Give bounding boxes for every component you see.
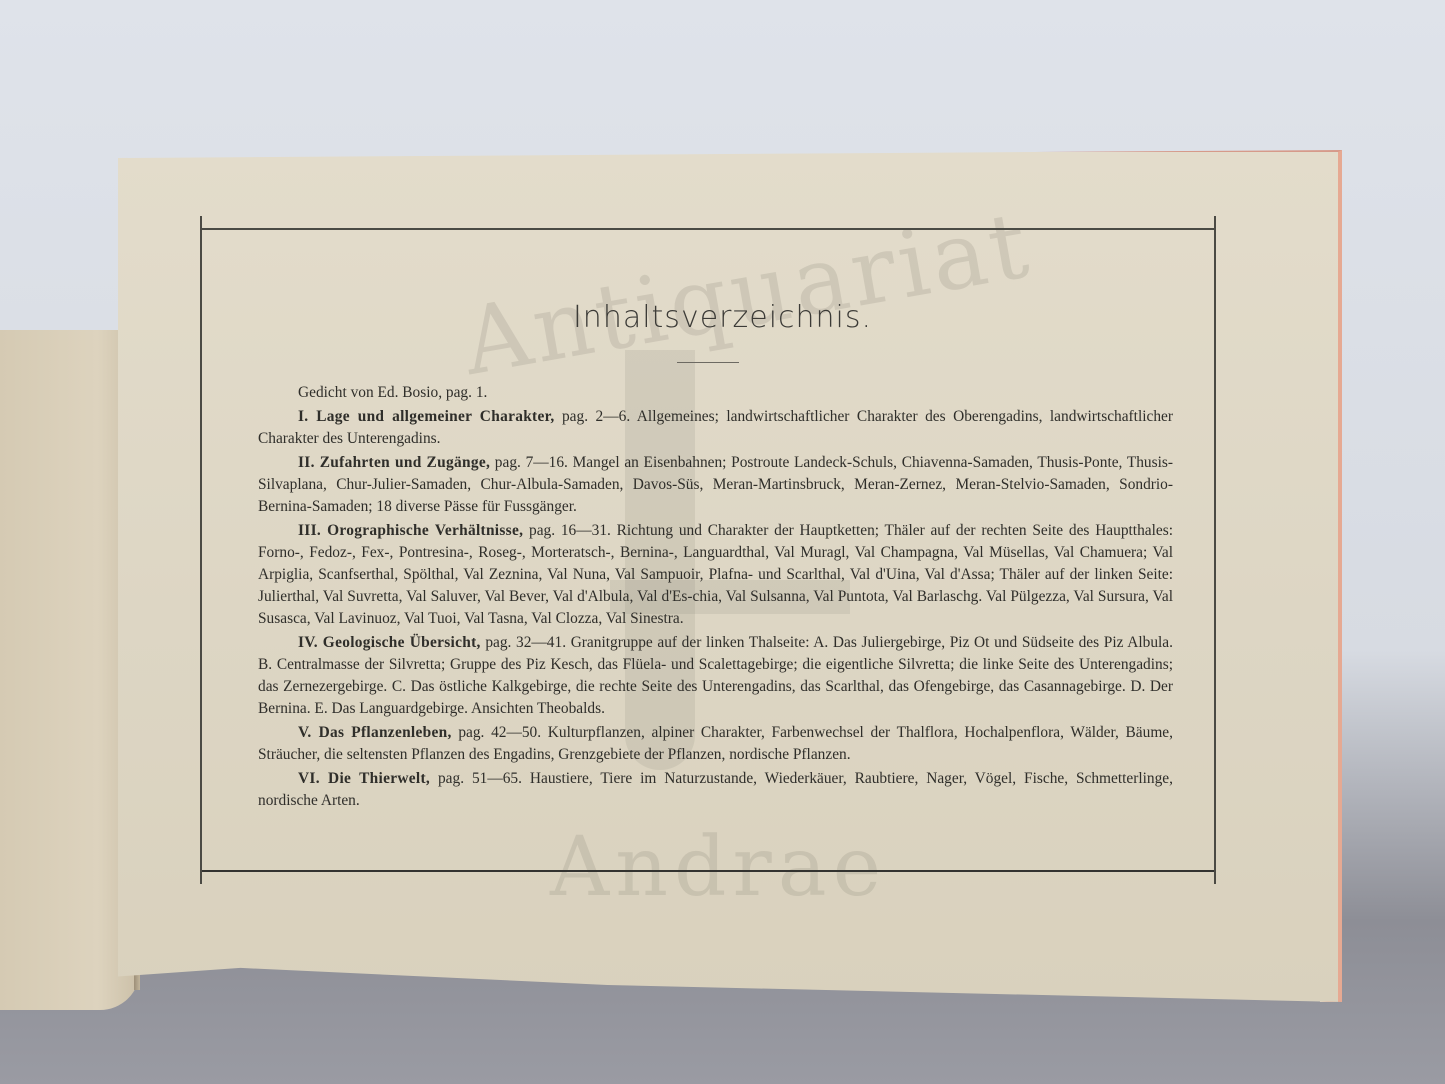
toc-entry-pages: pag. 16—31. bbox=[523, 522, 611, 539]
toc-entry-pages: pag. 42—50. bbox=[452, 724, 541, 741]
toc-entry: V. Das Pflanzenleben, pag. 42—50. Kultur… bbox=[258, 722, 1173, 766]
toc-entry: III. Orographische Verhältnisse, pag. 16… bbox=[258, 520, 1173, 630]
toc-entry-pages: pag. 7—16. bbox=[490, 454, 568, 471]
toc-entry-heading: I. Lage und allgemeiner Charakter, bbox=[298, 408, 554, 425]
toc-entry-heading: V. Das Pflanzenleben, bbox=[298, 724, 452, 741]
toc-entry: II. Zufahrten und Zugänge, pag. 7—16. Ma… bbox=[258, 452, 1173, 518]
toc-entry: VI. Die Thierwelt, pag. 51—65. Haustiere… bbox=[258, 768, 1173, 812]
toc-entry-heading: IV. Geologische Übersicht, bbox=[298, 634, 481, 651]
toc-entry-heading: VI. Die Thierwelt, bbox=[298, 770, 430, 787]
table-of-contents: Gedicht von Ed. Bosio, pag. 1. I. Lage u… bbox=[258, 382, 1173, 814]
toc-intro: Gedicht von Ed. Bosio, pag. 1. bbox=[258, 382, 1173, 404]
toc-entry-heading: III. Orographische Verhältnisse, bbox=[298, 522, 523, 539]
toc-entry-heading: II. Zufahrten und Zugänge, bbox=[298, 454, 490, 471]
page-title: Inhaltsverzeichnis. bbox=[0, 300, 1445, 335]
title-divider bbox=[677, 362, 739, 363]
toc-entry-pages: pag. 2—6. bbox=[554, 408, 630, 425]
toc-entry-pages: pag. 32—41. bbox=[481, 634, 566, 651]
toc-entry: I. Lage und allgemeiner Charakter, pag. … bbox=[258, 406, 1173, 450]
toc-entry: IV. Geologische Übersicht, pag. 32—41. G… bbox=[258, 632, 1173, 720]
toc-entry-pages: pag. 51—65. bbox=[430, 770, 522, 787]
